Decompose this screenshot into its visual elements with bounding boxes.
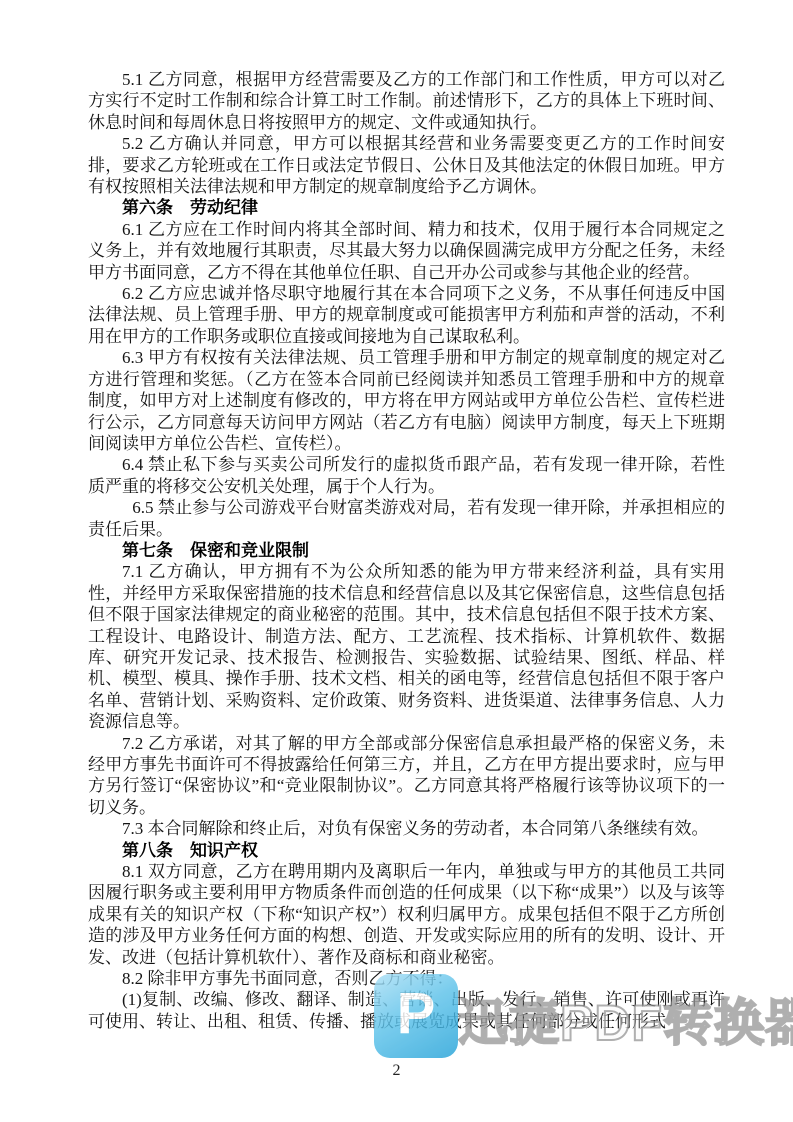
paragraph: 7.3 本合同解除和终止后，对负有保密义务的劳动者，本合同第八条继续有效。 bbox=[88, 818, 725, 839]
paragraph: 7.1 乙方确认，甲方拥有不为公众所知悉的能为甲方带来经济利益，具有实用性，并经… bbox=[88, 561, 725, 732]
paragraph: 6.3 甲方有权按有关法律法规、员工管理手册和甲方制定的规章制度的规定对乙方进行… bbox=[88, 347, 725, 454]
paragraph: 8.2 除非甲方事先书面同意，否则乙方不得： bbox=[88, 968, 725, 989]
paragraph: 6.4 禁止私下参与买卖公司所发行的虚拟货币跟产品，若有发现一律开除，若性质严重… bbox=[88, 454, 725, 497]
section-heading: 第八条 知识产权 bbox=[88, 840, 725, 861]
paragraph: 6.1 乙方应在工作时间内将其全部时间、精力和技术，仅用于履行本合同规定之义务上… bbox=[88, 219, 725, 283]
page-number: 2 bbox=[0, 1062, 793, 1080]
paragraph: 6.5 禁止参与公司游戏平台财富类游戏对局，若有发现一律开除，并承担相应的责任后… bbox=[88, 497, 725, 540]
paragraph: 7.2 乙方承诺，对其了解的甲方全部或部分保密信息承担最严格的保密义务，未经甲方… bbox=[88, 733, 725, 819]
document-page: 5.1 乙方同意，根据甲方经营需要及乙方的工作部门和工作性质，甲方可以对乙方实行… bbox=[0, 0, 793, 1122]
paragraph: 8.1 双方同意，乙方在聘用期内及离职后一年内，单独或与甲方的其他员工共同因履行… bbox=[88, 861, 725, 968]
paragraph: (1)复制、改编、修改、翻译、制造、营销、出版、发行、销售、许可使刚或再许可使用… bbox=[88, 989, 725, 1032]
section-heading: 第六条 劳动纪律 bbox=[88, 197, 725, 218]
paragraph: 5.2 乙方确认并同意，甲方可以根据其经营和业务需要变更乙方的工作时间安排，要求… bbox=[88, 133, 725, 197]
contract-text: 5.1 乙方同意，根据甲方经营需要及乙方的工作部门和工作性质，甲方可以对乙方实行… bbox=[88, 69, 725, 1032]
paragraph: 6.2 乙方应忠诚并恪尽职守地履行其在本合同项下之义务，不从事任何违反中国法律法… bbox=[88, 283, 725, 347]
paragraph: 5.1 乙方同意，根据甲方经营需要及乙方的工作部门和工作性质，甲方可以对乙方实行… bbox=[88, 69, 725, 133]
section-heading: 第七条 保密和竞业限制 bbox=[88, 540, 725, 561]
